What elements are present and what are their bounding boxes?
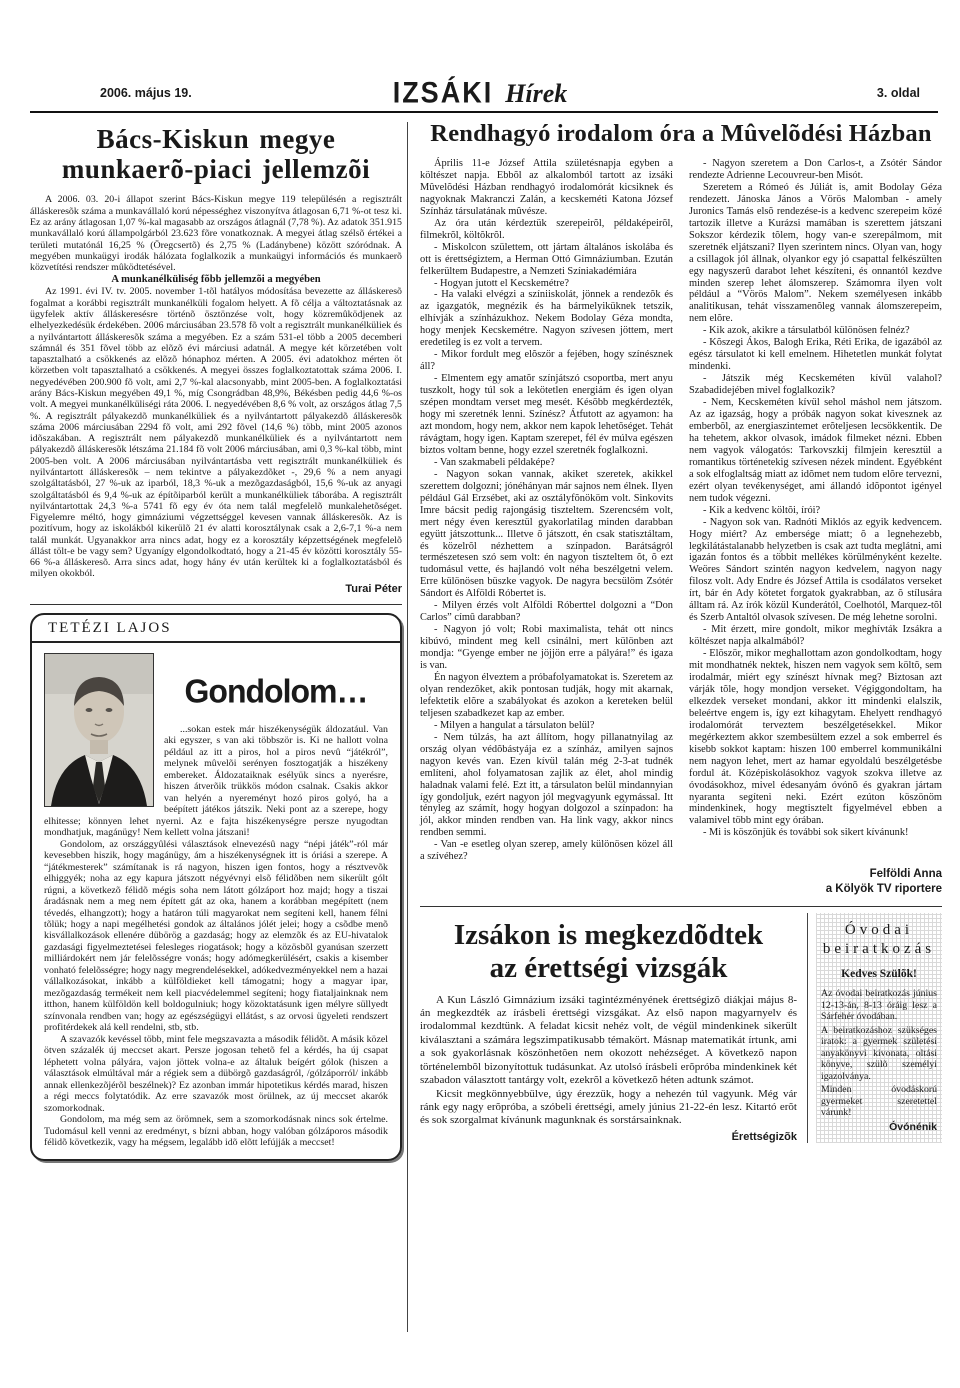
interview-paragraph: - Miskolcon születtem, ott jártam általá… xyxy=(420,242,673,278)
kindergarten-title: Óvodaibeiratkozás xyxy=(821,921,937,960)
interview-paragraph: - Van -e esetleg olyan szerep, amely kül… xyxy=(420,839,673,863)
interview-article-title: Rendhagyó irodalom óra a Mûvelõdési Házb… xyxy=(420,120,942,148)
labor-paragraph: A 2006. 03. 20-i állapot szerint Bács-Ki… xyxy=(30,194,402,273)
interview-paragraph: Az óra után kérdeztük szerepeirõl, példa… xyxy=(420,218,673,242)
labor-paragraph: Az 1991. évi IV. tv. 2005. november 1-tõ… xyxy=(30,286,402,579)
bottom-column-divider xyxy=(807,913,808,1143)
exam-article: Izsákon is megkezdõdtekaz érettségi vizs… xyxy=(420,913,807,1143)
section-rule xyxy=(30,604,402,605)
interview-article-body: Április 11-e József Attila születésnapja… xyxy=(420,158,942,863)
exam-title-line1: Izsákon is megkezdõdtek xyxy=(454,919,763,951)
labor-title-line1: Bács-Kiskun megye xyxy=(97,124,336,154)
interview-paragraph: Én nagyon élveztem a próbafolyamatokat i… xyxy=(420,672,673,720)
column-divider xyxy=(407,122,408,1332)
interview-paragraph: Szeretem a Rómeó és Júliát is, amit Bodo… xyxy=(689,182,942,325)
gondolom-paragraph: Gondolom, ma még sem az örömnek, sem a s… xyxy=(44,1114,388,1148)
newspaper-page: 2006. május 19. IZSÁKI Hírek 3. oldal Bá… xyxy=(0,0,960,1388)
kindergarten-greeting: Kedves Szülõk! xyxy=(821,968,937,980)
masthead-title: IZSÁKI xyxy=(393,77,494,110)
interview-paragraph: - Kik azok, akikre a társulatból különös… xyxy=(689,325,942,337)
exam-signature: Érettségizõk xyxy=(420,1131,797,1143)
kindergarten-paragraph: Az óvodai beiratkozás június 12-13-án, 8… xyxy=(821,988,937,1023)
interview-paragraph: - Kõszegi Ákos, Balogh Erika, Réti Erika… xyxy=(689,337,942,373)
interview-paragraph: - Nagyon szeretem a Don Carlos-t, a Zsót… xyxy=(689,158,942,182)
interview-paragraph: - Kik a kedvenc költõi, írói? xyxy=(689,505,942,517)
labor-article-title: Bács-Kiskun megyemunkaerõ-piaci jellemzõ… xyxy=(30,124,402,184)
interview-paragraph: - Nem túlzás, ha azt állítom, hogy pilla… xyxy=(420,732,673,840)
interview-paragraph: - Nagyon sokan vannak, akiket szeretek, … xyxy=(420,469,673,600)
gondolom-opinion-box: TETÉZI LAJOS xyxy=(30,613,402,1161)
interview-paragraph: - Milyen érzés volt Alföldi Róberttel do… xyxy=(420,600,673,624)
interview-paragraph: - Elmentem egy amatõr színjátszó csoport… xyxy=(420,373,673,457)
gondolom-title: Gondolom… xyxy=(44,672,388,711)
interview-paragraph: - Nagyon sok van. Radnóti Miklós az egyi… xyxy=(689,517,942,625)
kindergarten-notice-box: Óvodaibeiratkozás Kedves Szülõk! Az óvod… xyxy=(816,913,942,1143)
interview-paragraph: - Hogyan jutott el Kecskemétre? xyxy=(420,278,673,290)
gondolom-author: TETÉZI LAJOS xyxy=(32,615,400,643)
interview-signature-name: Felföldi Anna xyxy=(420,867,942,881)
gondolom-content: Gondolom… ...sokan estek már hiszékenysé… xyxy=(32,643,400,1151)
kindergarten-paragraph: Minden óvodáskorú gyermeket szeretettel … xyxy=(821,1084,937,1119)
right-column: Rendhagyó irodalom óra a Mûvelõdési Házb… xyxy=(420,120,942,1143)
interview-paragraph: - Játszik még Kecskeméten kívül valahol?… xyxy=(689,373,942,397)
interview-paragraph: - Mit érzett, mire gondolt, mikor meghív… xyxy=(689,624,942,648)
exam-paragraph: A Kun László Gimnázium izsáki tagintézmé… xyxy=(420,994,797,1088)
labor-signature: Turai Péter xyxy=(30,583,402,595)
exam-title-line2: az érettségi vizsgák xyxy=(490,952,728,984)
exam-paragraph: Kicsit megkönnyebbülve, úgy érezzük, hog… xyxy=(420,1088,797,1128)
interview-paragraph: - Mi is köszönjük és további sok sikert … xyxy=(689,827,942,839)
bottom-section: Izsákon is megkezdõdtekaz érettségi vizs… xyxy=(420,913,942,1143)
interview-paragraph: Április 11-e József Attila születésnapja… xyxy=(420,158,673,218)
interview-signature-role: a Kölyök TV riportere xyxy=(420,882,942,896)
masthead: IZSÁKI Hírek xyxy=(30,78,930,109)
masthead-subtitle: Hírek xyxy=(505,79,567,108)
exam-article-title: Izsákon is megkezdõdtekaz érettségi vizs… xyxy=(420,919,797,986)
section-rule xyxy=(420,906,942,907)
labor-title-line2: munkaerõ-piaci jellemzõi xyxy=(62,154,370,184)
gondolom-paragraph: A szavazók kevéssel több, mint fele megs… xyxy=(44,1034,388,1114)
interview-paragraph: - Van szakmabeli példaképe? xyxy=(420,457,673,469)
labor-subheading: A munkanélküliség fõbb jellemzõi a megyé… xyxy=(30,274,402,285)
interview-paragraph: - Milyen a hangulat a társulaton belül? xyxy=(420,720,673,732)
interview-signature: Felföldi Anna a Kölyök TV riportere xyxy=(420,867,942,896)
interview-paragraph: - Elõször, mikor meghallottam azon gondo… xyxy=(689,648,942,827)
left-column: Bács-Kiskun megyemunkaerõ-piaci jellemzõ… xyxy=(30,120,402,1161)
interview-paragraph: - Nem, Kecskeméten kívül sehol máshol ne… xyxy=(689,397,942,505)
kindergarten-paragraph: A beiratkozáshoz szükséges iratok: a gye… xyxy=(821,1025,937,1083)
page-header: 2006. május 19. IZSÁKI Hírek 3. oldal xyxy=(30,78,930,108)
header-rule xyxy=(30,111,938,113)
labor-article-body: A 2006. 03. 20-i állapot szerint Bács-Ki… xyxy=(30,194,402,594)
kindergarten-signature: Óvónénik xyxy=(821,1121,937,1133)
interview-paragraph: - Mikor fordult meg elõször a fejében, h… xyxy=(420,349,673,373)
kg-title-line2: beiratkozás xyxy=(823,941,935,957)
page-number: 3. oldal xyxy=(877,86,920,100)
interview-paragraph: - Nagyon jó volt; Robi maximalista, tehá… xyxy=(420,624,673,672)
gondolom-paragraph: Gondolom, az országgyûlési választások e… xyxy=(44,839,388,1034)
interview-paragraph: - Ha valaki elvégzi a színiiskolát, jönn… xyxy=(420,289,673,349)
kg-title-line1: Óvodai xyxy=(845,922,913,938)
